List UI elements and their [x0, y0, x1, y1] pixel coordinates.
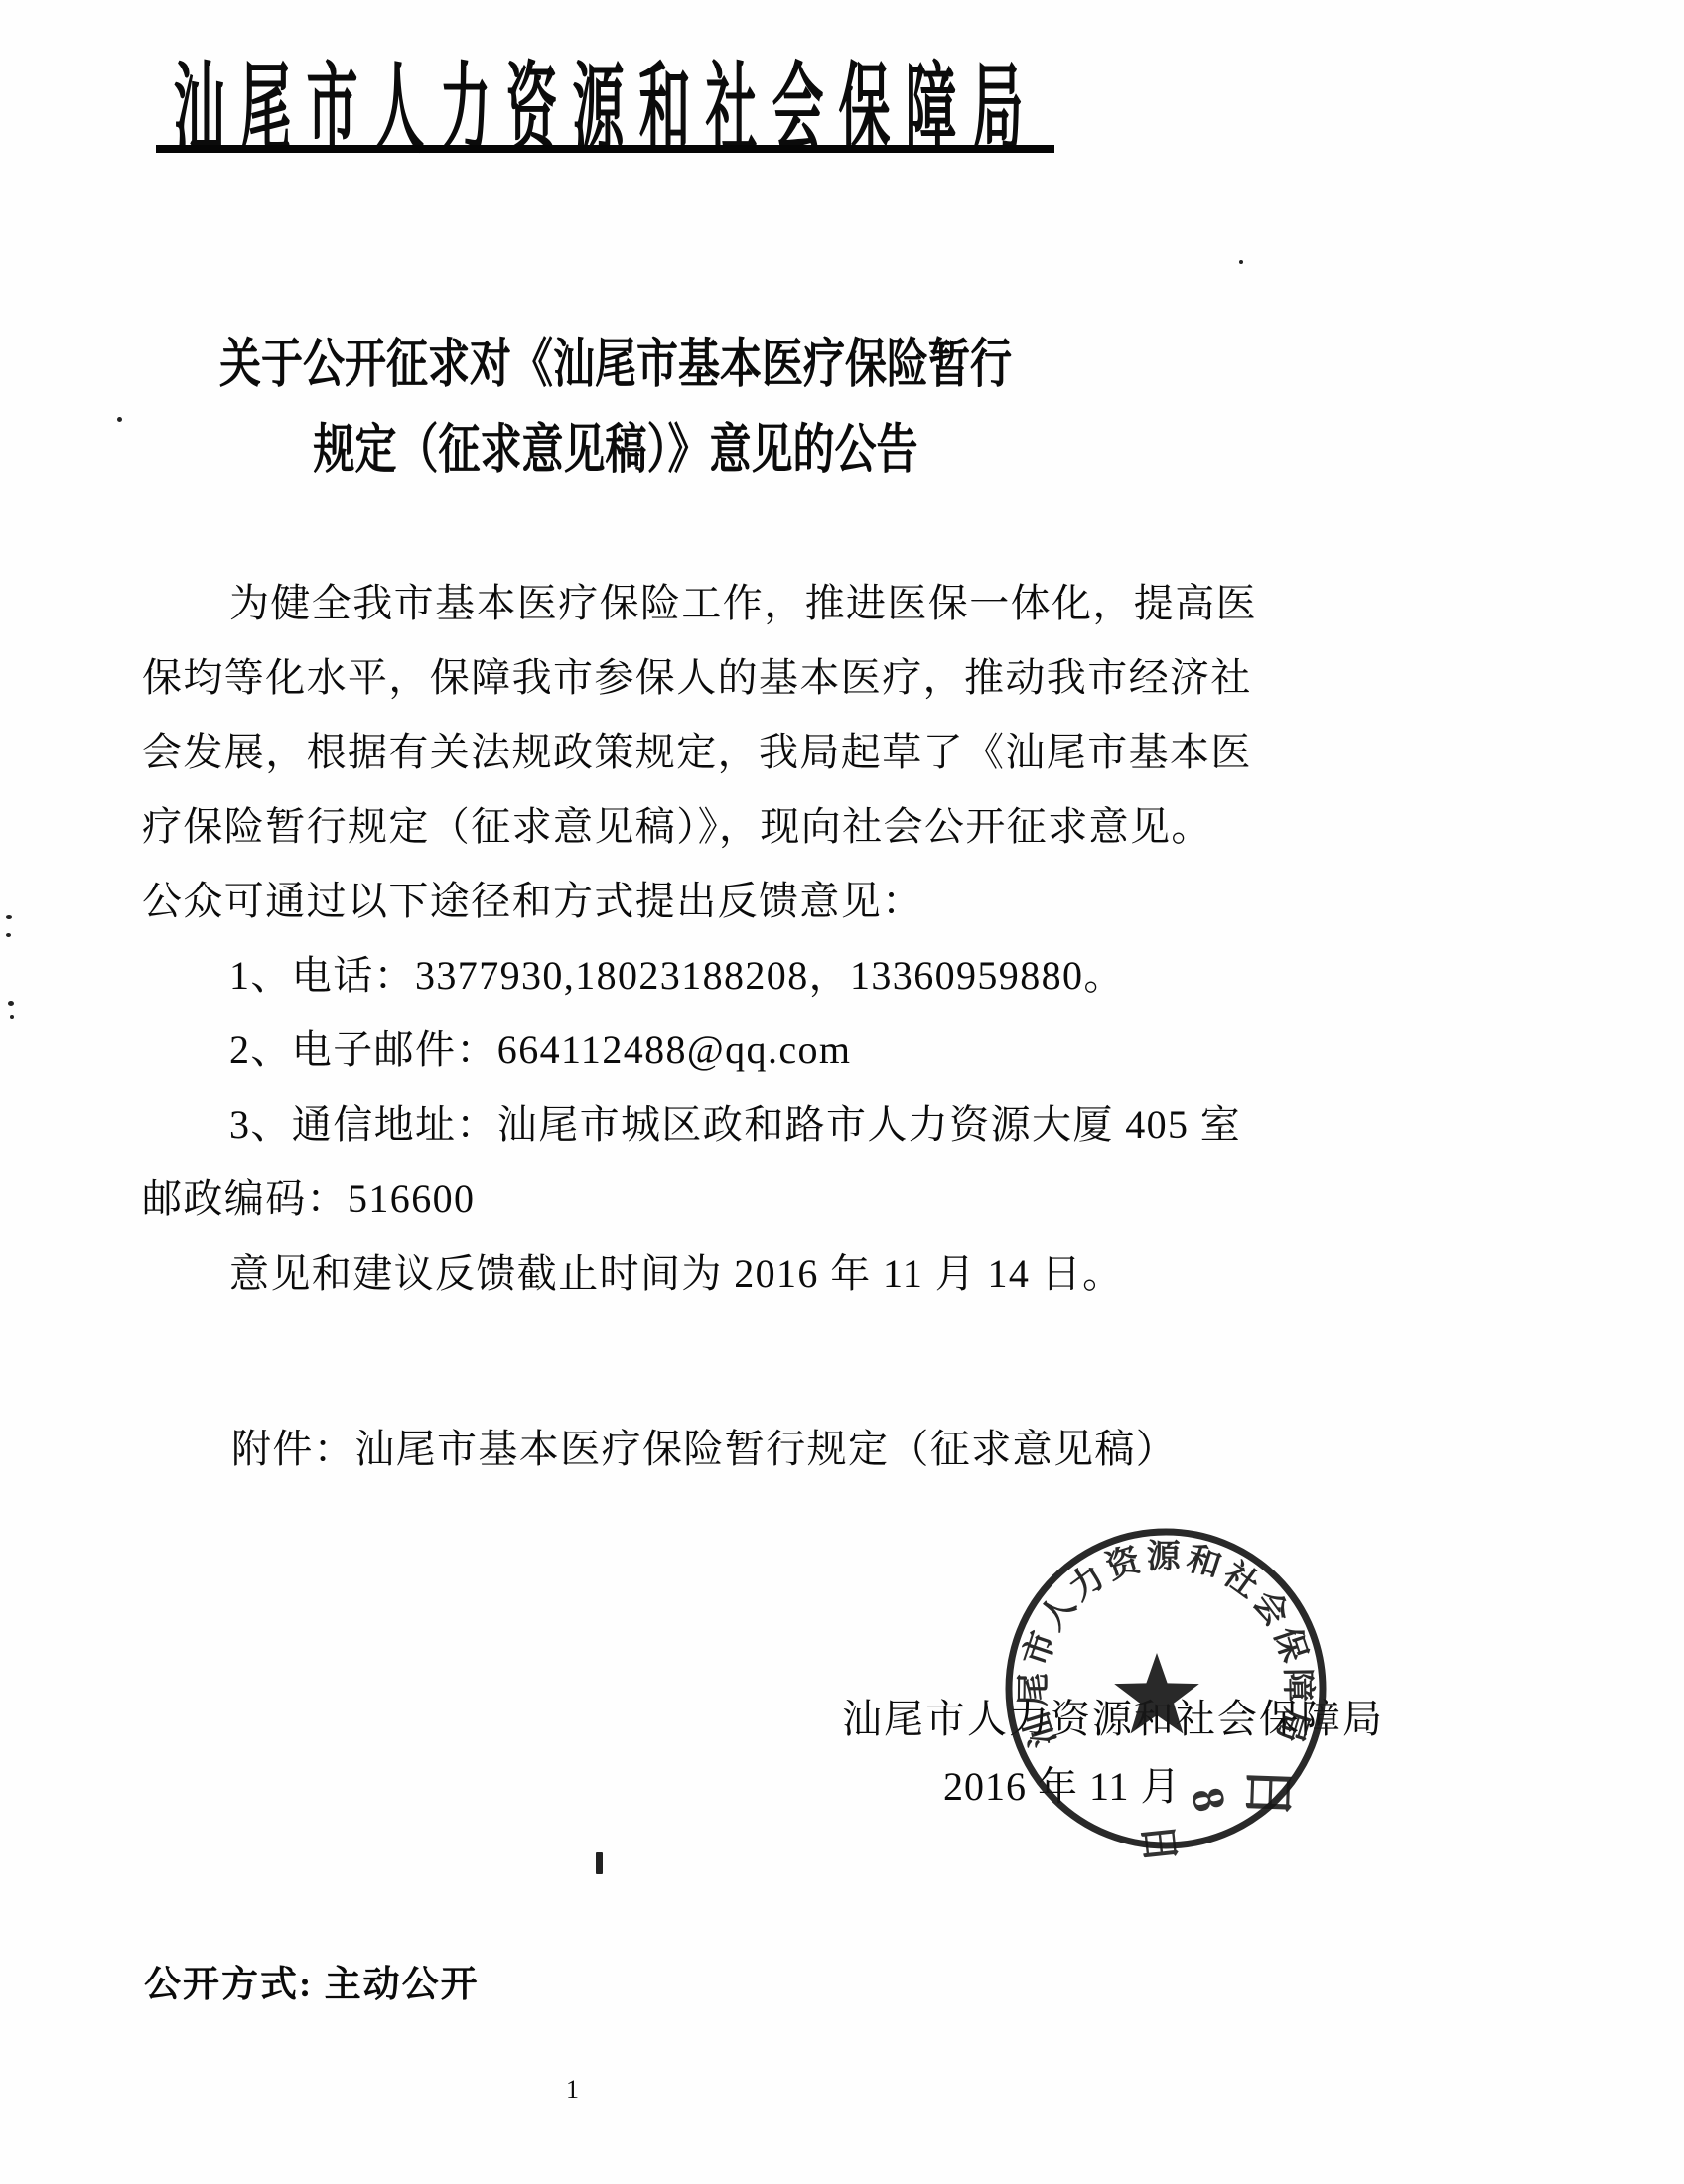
- document-title-line2: 规定（征求意见稿）》意见的公告: [139, 408, 1092, 493]
- star-icon: [1114, 1653, 1199, 1733]
- deadline-line: 意见和建议反馈截止时间为 2016 年 11 月 14 日。: [142, 1236, 1264, 1310]
- body-line: 公众可通过以下途径和方式提出反馈意见：: [142, 864, 1264, 938]
- document-title: 关于公开征求对《汕尾市基本医疗保险暂行 规定（征求意见稿）》意见的公告: [139, 332, 1092, 484]
- body-line: 疗保险暂行规定（征求意见稿）》，现向社会公开征求意见。: [142, 789, 1264, 864]
- scan-speck: [6, 915, 12, 919]
- contact-email-line: 2、电子邮件：664112488@qq.com: [142, 1013, 1264, 1087]
- document-title-line1: 关于公开征求对《汕尾市基本医疗保险暂行: [139, 323, 1092, 408]
- document-body: 为健全我市基本医疗保险工作，推进医保一体化，提高医 保均等化水平，保障我市参保人…: [142, 566, 1264, 1310]
- body-line: 保均等化水平，保障我市参保人的基本医疗，推动我市经济社: [142, 640, 1264, 715]
- scan-speck: [117, 417, 122, 422]
- publish-method-line: 公开方式: 主动公开: [144, 1954, 480, 2007]
- attachment-line: 附件：汕尾市基本医疗保险暂行规定（征求意见稿）: [231, 1418, 1177, 1474]
- contact-phone-line: 1、电话：3377930,18023188208，13360959880。: [142, 938, 1264, 1013]
- contact-address-line: 3、通信地址：汕尾市城区政和路市人力资源大厦 405 室: [142, 1087, 1264, 1161]
- page-number: 1: [566, 2075, 579, 2105]
- letterhead-rule: [156, 145, 1054, 153]
- scan-speck: [1239, 260, 1243, 264]
- scanned-document-page: 汕尾市人力资源和社会保障局 关于公开征求对《汕尾市基本医疗保险暂行 规定（征求意…: [0, 0, 1684, 2184]
- scan-speck: [8, 1001, 14, 1006]
- scan-speck: [596, 1852, 603, 1874]
- postal-code-line: 邮政编码：516600: [142, 1161, 1264, 1236]
- scan-speck: [6, 933, 11, 937]
- body-line: 会发展，根据有关法规政策规定，我局起草了《汕尾市基本医: [142, 715, 1264, 789]
- body-line: 为健全我市基本医疗保险工作，推进医保一体化，提高医: [142, 566, 1264, 640]
- scan-speck: [10, 1015, 14, 1019]
- seal-date-mark: 日: [1132, 1821, 1193, 1866]
- seal-date-mark: 日: [1235, 1765, 1312, 1820]
